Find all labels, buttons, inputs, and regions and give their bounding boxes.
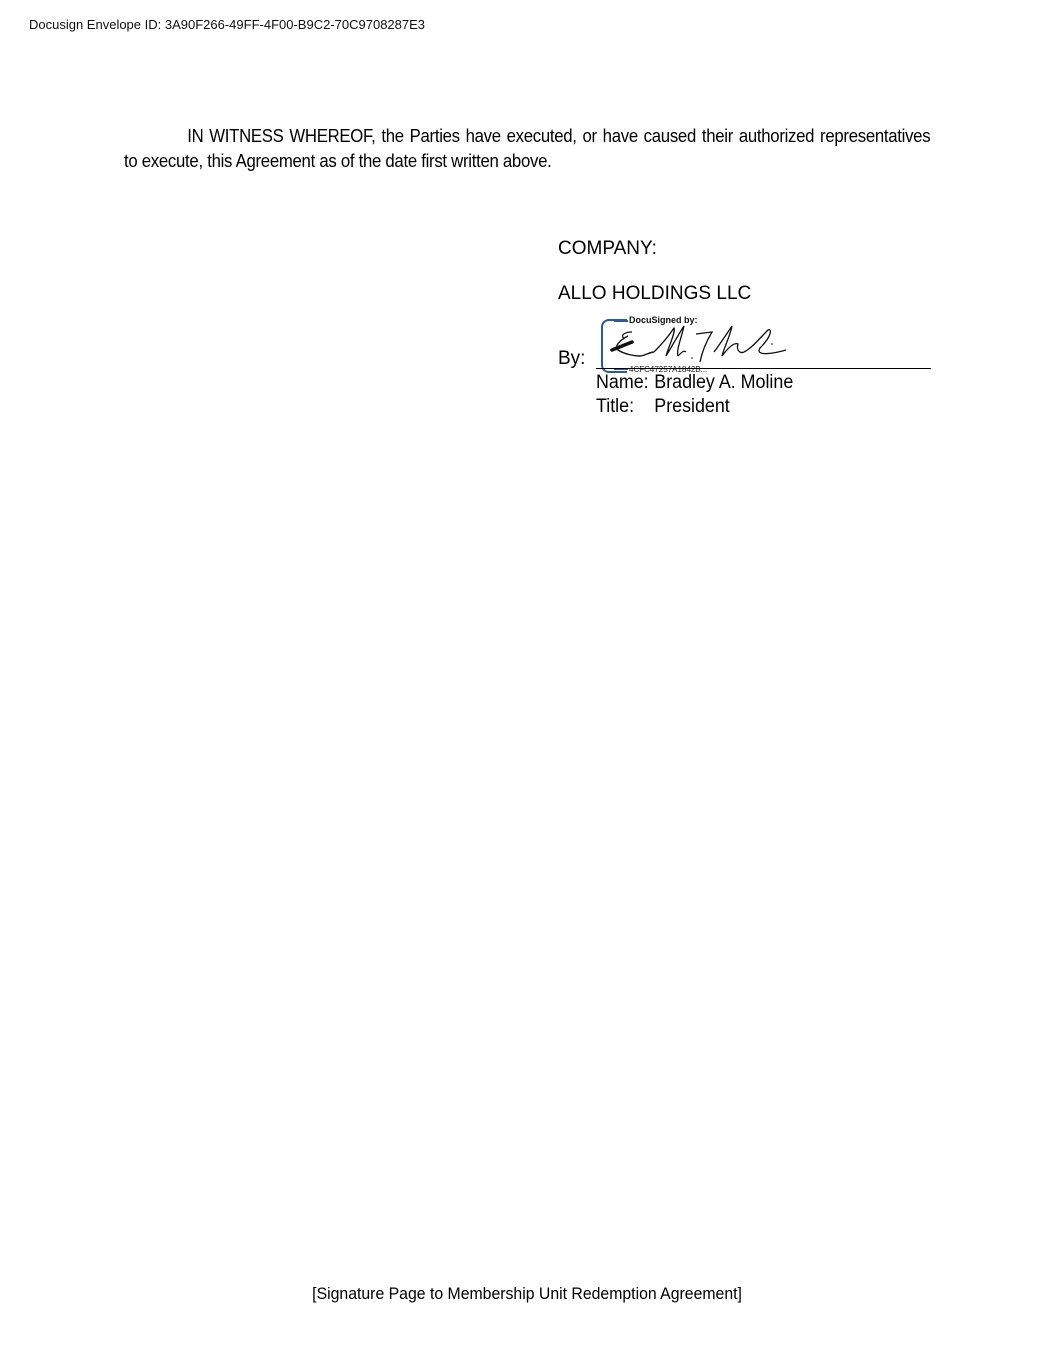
witness-paragraph-text: IN WITNESS WHEREOF, the Parties have exe… [124, 126, 930, 171]
name-value: Bradley A. Moline [654, 372, 793, 393]
by-label: By: [558, 348, 585, 370]
entity-name: ALLO HOLDINGS LLC [558, 283, 751, 305]
name-label: Name: [596, 372, 654, 394]
title-value: President [654, 396, 729, 417]
handwritten-signature-icon [610, 322, 795, 366]
title-label: Title: [596, 396, 654, 418]
signer-name-row: Name:Bradley A. Moline [596, 372, 793, 394]
witness-paragraph: IN WITNESS WHEREOF, the Parties have exe… [124, 124, 930, 173]
signature-line [596, 368, 931, 369]
signer-title-row: Title:President [596, 396, 730, 418]
party-label: COMPANY: [558, 238, 657, 260]
page-footer: [Signature Page to Membership Unit Redem… [0, 1284, 1055, 1304]
docusign-envelope-id: Docusign Envelope ID: 3A90F266-49FF-4F00… [29, 17, 425, 32]
footer-caption: [Signature Page to Membership Unit Redem… [313, 1284, 743, 1304]
